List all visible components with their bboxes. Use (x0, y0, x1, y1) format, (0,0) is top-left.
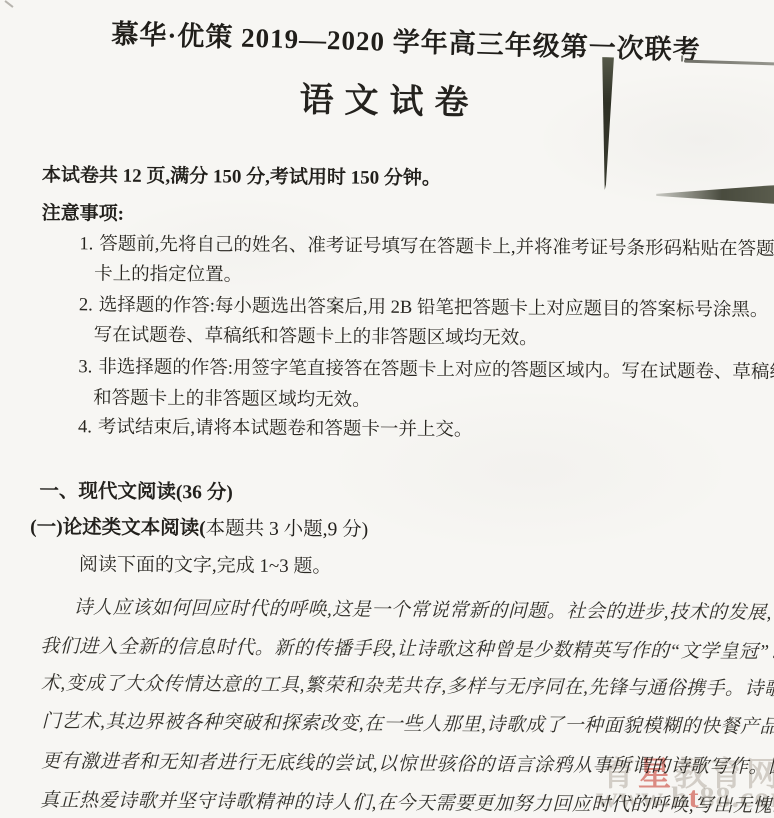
passage-line-3: 术,变成了大众传情达意的工具,繁荣和杂芜共存,多样与无序同在,先锋与通俗携手。诗… (41, 668, 774, 701)
passage-line-2: 我们进入全新的信息时代。新的传播手段,让诗歌这种曾是少数精英写作的“文学皇冠”艺 (40, 631, 774, 664)
reading-instruction: 阅读下面的文字,完成 1~3 题。 (79, 549, 332, 578)
notice-item-2-line-2: 写在试题卷、草稿纸和答题卡上的非答题区域均无效。 (94, 320, 538, 349)
notice-item-3-line-1: 3.非选择题的作答:用签字笔直接答在答题卡上对应的答题区域内。写在试题卷、草稿纸 (78, 352, 774, 384)
notice-item-2-line-1: 2.选择题的作答:每小题选出答案后,用 2B 铅笔把答题卡上对应题目的答案标号涂… (79, 290, 769, 321)
watermark-url-post: 88.com (700, 781, 774, 814)
subsection-heading-argumentative-reading: (一)论述类文本阅读(本题共 3 小题,9 分) (30, 511, 368, 542)
watermark-url-pre: www.h (596, 781, 689, 814)
subsection-heading-bold-part: (一)论述类文本阅读( (30, 517, 206, 539)
notice-item-4-number: 4. (78, 417, 92, 438)
notice-item-4-text: 考试结束后,请将本试题卷和答题卡一并上交。 (98, 417, 473, 440)
notice-item-1-number: 1. (79, 234, 93, 255)
section-heading-modern-reading: 一、现代文阅读(36 分) (39, 475, 233, 505)
notice-item-3-number: 3. (78, 357, 92, 378)
passage-line-4: 门艺术,其边界被各种突破和探索改变,在一些人那里,诗歌成了一种面貌模糊的快餐产品… (42, 706, 774, 739)
watermark-site-url: www.ht88.com (596, 781, 774, 815)
subsection-heading-paren-part: 本题共 3 小题,9 分) (206, 518, 369, 540)
notice-heading: 注意事项: (42, 198, 125, 226)
notice-item-3-text: 非选择题的作答:用签字笔直接答在答题卡上对应的答题区域内。写在试题卷、草稿纸 (98, 357, 774, 382)
passage-line-1: 诗人应该如何回应时代的呼唤,这是一个常说常新的问题。社会的进步,技术的发展,让 (73, 592, 774, 625)
watermark-url-red: t (689, 781, 700, 814)
notice-item-1-line-1: 1.答题前,先将自己的姓名、准考证号填写在答题卡上,并将准考证号条形码粘贴在答题 (79, 229, 774, 260)
notice-item-4-line-1: 4.考试结束后,请将本试题卷和答题卡一并上交。 (78, 412, 473, 441)
exam-body: 本试卷共 12 页,满分 150 分,考试用时 150 分钟。 注意事项: 1.… (0, 0, 774, 818)
notice-item-3-line-2: 和答题卡上的非答题区域均无效。 (93, 383, 371, 411)
notice-item-2-number: 2. (79, 295, 93, 316)
notice-item-1-line-2: 卡上的指定位置。 (94, 259, 242, 286)
exam-info-line: 本试卷共 12 页,满分 150 分,考试用时 150 分钟。 (42, 160, 441, 190)
scanned-exam-page: 慕华·优策 2019—2020 学年高三年级第一次联考 语文试卷 本试卷共 12… (0, 0, 774, 818)
notice-item-2-text: 选择题的作答:每小题选出答案后,用 2B 铅笔把答题卡上对应题目的答案标号涂黑。 (99, 295, 769, 320)
notice-item-1-text: 答题前,先将自己的姓名、准考证号填写在答题卡上,并将准考证号条形码粘贴在答题 (99, 234, 774, 259)
